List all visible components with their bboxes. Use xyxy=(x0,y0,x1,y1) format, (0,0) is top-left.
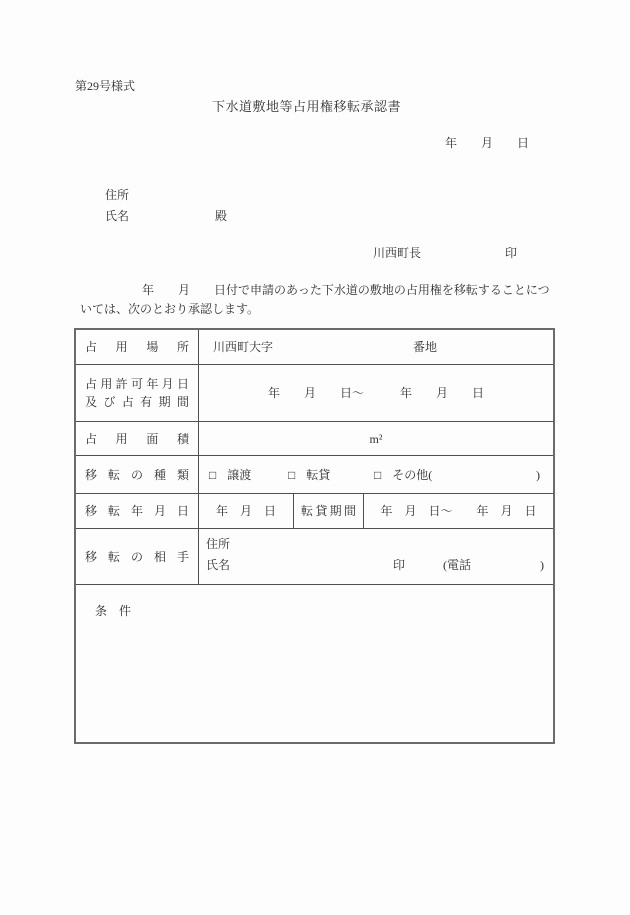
checkbox-sublease-icon[interactable]: □ xyxy=(288,468,295,482)
transfer-type-option-other: □ その他( xyxy=(374,468,432,482)
transfer-type-option-assignment: □ 譲渡 xyxy=(209,468,251,482)
permit-period-label-line1: 占用許可年月日 xyxy=(85,377,189,391)
transfer-type-label-cell: 移転の種類 xyxy=(76,456,199,493)
row-occupancy-location: 占用場所 川西町大字 番地 xyxy=(76,330,553,365)
permit-period-value-cell: 年 月 日～ 年 月 日 xyxy=(199,365,553,421)
transfer-party-name-label: 氏名 xyxy=(206,558,230,572)
permit-period-value: 年 月 日～ 年 月 日 xyxy=(199,386,553,400)
transfer-party-address-label: 住所 xyxy=(206,537,230,551)
issuer-seal: 印 xyxy=(505,246,517,260)
occupancy-area-value-cell: m² xyxy=(199,422,553,455)
transfer-type-option-assignment-label: 譲渡 xyxy=(227,468,251,482)
sublease-period-value: 年 月 日～ 年 月 日 xyxy=(364,504,553,518)
form-title: 下水道敷地等占用権移転承認書 xyxy=(212,100,401,114)
row-transfer-type: 移転の種類 □ 譲渡 □ 転貸 □ その他( ) xyxy=(76,456,553,494)
row-occupancy-area: 占用面積 m² xyxy=(76,422,553,456)
transfer-type-options-cell: □ 譲渡 □ 転貸 □ その他( ) xyxy=(199,456,553,493)
transfer-party-value-cell: 住所 氏名 印 (電話 ) xyxy=(199,529,553,584)
occupancy-area-label: 占用面積 xyxy=(85,432,189,446)
date-line: 年 月 日 xyxy=(445,136,529,150)
occupancy-location-value-cell: 川西町大字 番地 xyxy=(199,330,553,364)
occupancy-location-suffix: 番地 xyxy=(413,340,437,354)
permit-period-label-cell: 占用許可年月日 及び占有期間 xyxy=(76,365,199,421)
transfer-date-value-cell: 年 月 日 xyxy=(199,494,294,528)
issuer-title: 川西町長 xyxy=(373,246,421,260)
sublease-period-label: 転貸期間 xyxy=(301,504,356,518)
transfer-type-label: 移転の種類 xyxy=(85,468,189,482)
occupancy-location-prefix: 川西町大字 xyxy=(213,340,273,354)
conditions-label: 条 件 xyxy=(95,604,131,618)
transfer-date-value: 年 月 日 xyxy=(199,504,293,518)
recipient-address-label: 住所 xyxy=(105,188,129,202)
approval-table: 占用場所 川西町大字 番地 占用許可年月日 及び占有期間 年 月 日～ 年 月 … xyxy=(74,328,555,744)
transfer-type-option-other-label: その他( xyxy=(392,468,432,482)
sublease-period-label-cell: 転貸期間 xyxy=(294,494,364,528)
document-page: 第29号様式 下水道敷地等占用権移転承認書 年 月 日 住所 氏名 殿 川西町長… xyxy=(0,0,630,915)
occupancy-location-label: 占用場所 xyxy=(85,340,189,354)
occupancy-location-label-cell: 占用場所 xyxy=(76,330,199,364)
permit-period-label-line2: 及び占有期間 xyxy=(85,395,189,409)
body-paragraph-line1: 年 月 日付で申請のあった下水道の敷地の占用権を移転することにつ xyxy=(142,283,550,297)
transfer-party-label-cell: 移転の相手 xyxy=(76,529,199,584)
recipient-honorific: 殿 xyxy=(215,209,227,223)
transfer-date-label: 移転年月日 xyxy=(85,504,189,518)
row-permit-period: 占用許可年月日 及び占有期間 年 月 日～ 年 月 日 xyxy=(76,365,553,422)
transfer-party-label: 移転の相手 xyxy=(85,550,189,564)
form-number: 第29号様式 xyxy=(75,79,135,93)
row-transfer-party: 移転の相手 住所 氏名 印 (電話 ) xyxy=(76,529,553,585)
recipient-name-label: 氏名 xyxy=(105,209,129,223)
body-paragraph-line2: いては、次のとおり承認します。 xyxy=(80,302,259,316)
transfer-type-option-sublease-label: 転貸 xyxy=(306,468,330,482)
checkbox-assignment-icon[interactable]: □ xyxy=(209,468,216,482)
row-conditions: 条 件 xyxy=(76,585,553,742)
transfer-date-label-cell: 移転年月日 xyxy=(76,494,199,528)
checkbox-other-icon[interactable]: □ xyxy=(374,468,381,482)
transfer-party-seal: 印 xyxy=(393,558,405,572)
transfer-party-phone-label: (電話 xyxy=(443,558,471,572)
occupancy-area-label-cell: 占用面積 xyxy=(76,422,199,455)
transfer-party-close-paren: ) xyxy=(540,558,544,572)
transfer-type-close-paren: ) xyxy=(536,468,540,482)
transfer-type-option-sublease: □ 転貸 xyxy=(288,468,330,482)
sublease-period-value-cell: 年 月 日～ 年 月 日 xyxy=(364,494,553,528)
conditions-cell: 条 件 xyxy=(76,585,553,742)
row-transfer-date: 移転年月日 年 月 日 転貸期間 年 月 日～ 年 月 日 xyxy=(76,494,553,529)
occupancy-area-unit: m² xyxy=(199,432,553,446)
